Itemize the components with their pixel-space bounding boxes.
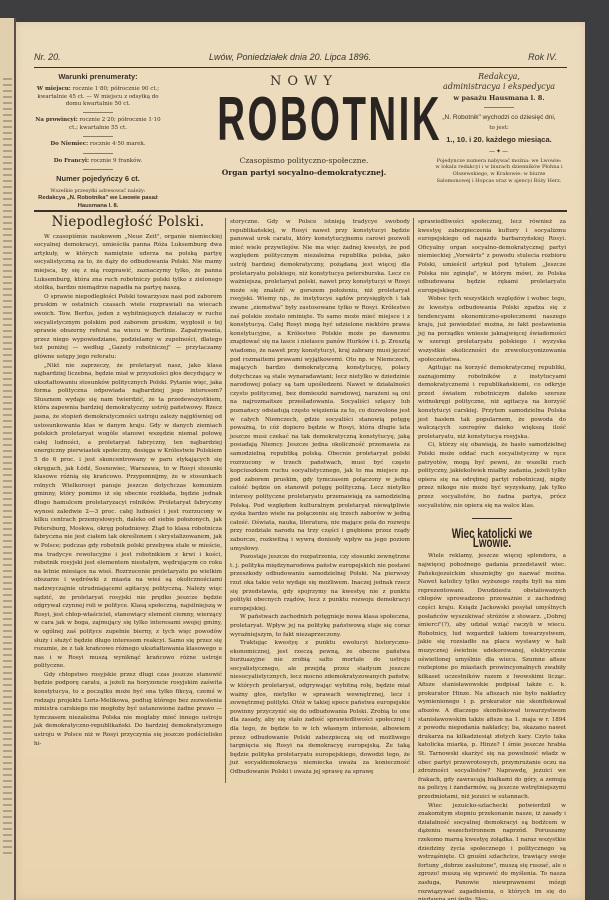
editorial-address: Redakcya „N. Robotnika" we Lwowie pasaż … [34, 195, 162, 211]
editorial-address-line: w pasażu Hausmana l. 8. [435, 94, 563, 103]
price-germany-label: Do Niemiec: [50, 141, 88, 147]
paragraph: „Nikt nie zaprzeczy, że proletaryat nasz… [34, 362, 222, 671]
masthead-rule [34, 210, 567, 212]
article-divider [472, 518, 512, 519]
divider [83, 169, 113, 170]
divider [484, 107, 514, 108]
publication-frequency: „N. Robotnik" wychodzi co dziesięć dni, [435, 114, 563, 123]
price-province-label: Na prowincyi: [35, 117, 77, 123]
ornament-icon: —✦— [435, 148, 563, 156]
price-germany-text: rocznie 4·50 marek. [90, 141, 146, 147]
paragraph: Agitując na korzyść demokratycznej repub… [418, 364, 566, 441]
header-rule [34, 67, 567, 68]
subscription-box: Warunki prenumeraty: W miejscu: rocznie … [34, 72, 162, 211]
send-note: Wszelkie przesyłki adresować należy: [34, 188, 162, 195]
column-3: sprawiedliwości społecznej, lecz również… [418, 218, 566, 900]
price-province: Na prowincyi: rocznie 2·20; półrocznie 1… [34, 117, 162, 132]
divider [83, 112, 113, 113]
paragraph: O sprawie niepodległości Polski towarzys… [34, 293, 222, 362]
divider [83, 153, 113, 154]
paragraph: Wobec tych wszystkich względów i wobec t… [418, 295, 566, 364]
column-1: Niepodległość Polski. W czasopiśmie nauk… [34, 216, 222, 748]
paragraph: Ci, którzy się obawiają, że hasło samodz… [418, 441, 566, 510]
paragraph: Wiele reklamy, jeszcze więcej splendoru,… [418, 552, 566, 801]
price-lwow-label: W miejscu: [37, 86, 71, 92]
paragraph: Gdy chłopstwo rosyjskie przez długi czas… [34, 671, 222, 748]
masthead-organ: Organ partyi socyalno-demokratycznej. [164, 168, 444, 177]
availability-note: Pojedyncze numera nabywać można: we Lwow… [435, 158, 563, 185]
price-lwow: W miejscu: rocznie 1·80; półrocznie 90 c… [34, 86, 162, 108]
paragraph: sprawiedliwości społecznej, lecz również… [418, 218, 566, 295]
dateline: Lwów, Poniedziałek dnia 20. Lipca 1896. [209, 52, 371, 62]
price-france: Do Francyi: rocznie 9 franków. [34, 158, 162, 165]
price-france-label: Do Francyi: [54, 158, 89, 164]
price-province-text: rocznie 2·20; półrocznie 1·10 ct.; kwart… [69, 117, 161, 130]
paragraph: W państwach zachodnich potęgnieje nowa k… [230, 613, 410, 639]
paragraph: Wiec jezuicko-szlachecki potwierdził w z… [418, 802, 566, 900]
subscription-heading: Warunki prenumeraty: [34, 72, 162, 82]
price-germany: Do Niemiec: rocznie 4·50 marek. [34, 141, 162, 148]
issue-number: Nr. 20. [34, 52, 61, 62]
publication-dates: 1., 10. i 20. każdego miesiąca. [435, 135, 563, 145]
masthead-title: ROBOTNIK [217, 90, 391, 150]
paragraph: Traktując kwestyę z punktu ewolucyi hist… [230, 639, 410, 777]
to-jest: to jest: [435, 125, 563, 133]
editorial-line1: Redakcya, [435, 72, 563, 82]
masthead-subtitle: Czasopismo polityczno-społeczne. [164, 156, 444, 165]
column-separator [225, 218, 226, 783]
column-separator [413, 218, 414, 773]
article-title: Niepodległość Polski. [34, 218, 222, 227]
previous-page-text-strip [3, 78, 12, 858]
editorial-line2: administracya i ekspedycya [435, 82, 563, 92]
header-line: Nr. 20. Lwów, Poniedziałek dnia 20. Lipc… [34, 52, 567, 66]
paragraph: storyczne. Gdy w Polsce istnieją tradycy… [230, 218, 410, 553]
article-title: Wiec katolicki we Lwowie. [440, 529, 544, 546]
column-2: storyczne. Gdy w Polsce istnieją tradycy… [230, 218, 410, 777]
year-label: Rok IV. [528, 52, 557, 62]
paragraph: W czasopiśmie naukowem „Neue Zeit", orga… [34, 233, 222, 293]
newspaper-page: Nr. 20. Lwów, Poniedziałek dnia 20. Lipc… [16, 22, 585, 900]
masthead: NOWY ROBOTNIK Czasopismo polityczno-społ… [164, 74, 444, 177]
previous-page-edge [0, 18, 16, 900]
editorial-box: Redakcya, administracya i ekspedycya w p… [435, 72, 563, 185]
paragraph: Pozostaje jeszcze do rozpatrzenia, czy s… [230, 553, 410, 613]
divider [83, 136, 113, 137]
single-issue-price: Numer pojedyńczy 6 ct. [34, 174, 162, 184]
price-france-text: rocznie 9 franków. [91, 158, 142, 164]
